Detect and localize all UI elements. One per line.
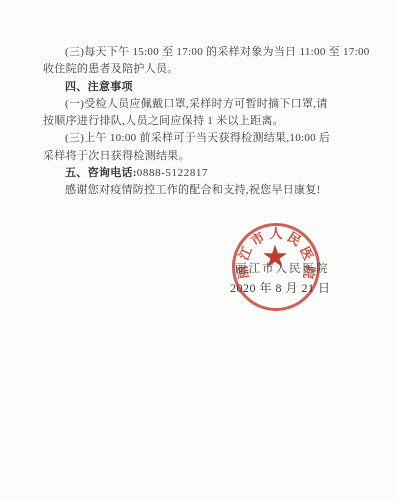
seal-date: 2020 年 8 月 21 日 [230, 279, 331, 296]
section-heading-precautions: 四、注意事项 [43, 79, 357, 96]
notice-line: (三)上午 10:00 前采样可于当天获得检测结果,10:00 后 [43, 130, 357, 147]
notice-line: (三)每天下午 15:00 至 17:00 的采样对象为当日 11:00 至 1… [43, 44, 357, 61]
notice-page: (三)每天下午 15:00 至 17:00 的采样对象为当日 11:00 至 1… [0, 0, 397, 500]
notice-line: 收住院的患者及陪护人员。 [43, 61, 357, 78]
official-seal: 丽 江 市 人 民 医 院 ★ 丽江市人民医院 2020 年 8 月 21 日 [232, 223, 320, 311]
notice-text-block: (三)每天下午 15:00 至 17:00 的采样对象为当日 11:00 至 1… [0, 44, 397, 200]
notice-line: (一)受检人员应佩戴口罩,采样时方可暂时摘下口罩,请 [43, 96, 357, 113]
hotline-number: 0888-5122817 [137, 167, 208, 179]
notice-line: 采样将于次日获得检测结果。 [43, 148, 357, 165]
hotline-line: 五、咨询电话:0888-5122817 [43, 165, 357, 182]
seal-hospital-name: 丽江市人民医院 [235, 260, 330, 276]
closing-line: 感谢您对疫情防控工作的配合和支持,祝您早日康复! [43, 182, 357, 199]
hotline-label: 五、咨询电话: [65, 167, 137, 179]
notice-line: 按顺序进行排队,人员之间应保持 1 米以上距离。 [43, 113, 357, 130]
